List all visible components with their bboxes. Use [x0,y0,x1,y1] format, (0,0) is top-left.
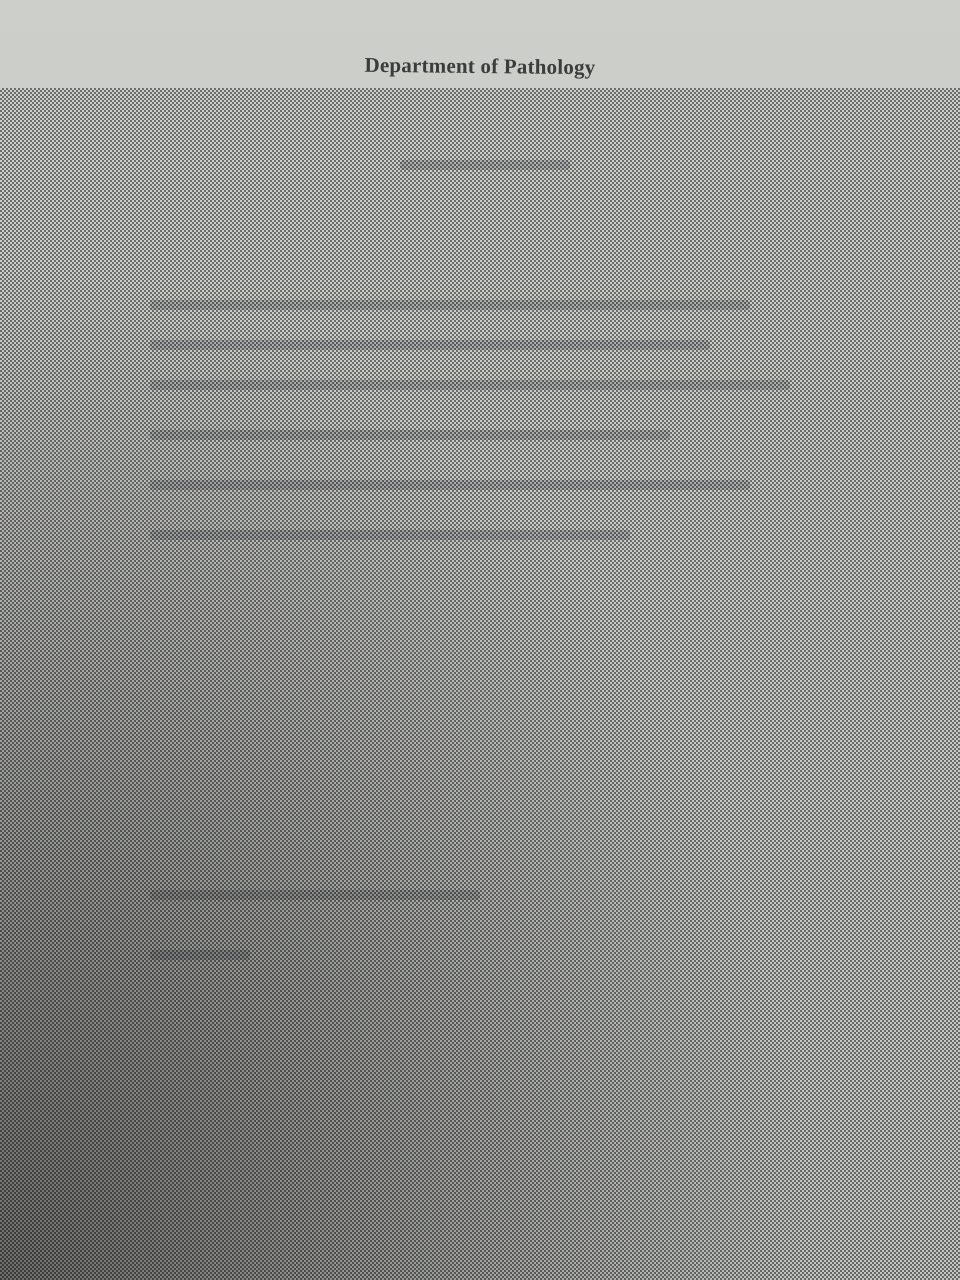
document-body-obscured [0,100,960,1280]
obscured-text-line [150,380,790,390]
obscured-text-line [150,340,710,350]
obscured-text-line [150,950,250,960]
document-title: Department of Pathology [0,49,960,84]
obscured-text-line [150,480,750,490]
obscured-text-line [150,300,750,310]
scanned-document-page: Department of Pathology [0,0,960,1280]
obscured-text-line [150,890,480,900]
document-subtitle [0,80,960,100]
obscured-text-line [400,160,570,170]
obscured-text-line [150,430,670,440]
obscured-text-line [150,530,630,540]
